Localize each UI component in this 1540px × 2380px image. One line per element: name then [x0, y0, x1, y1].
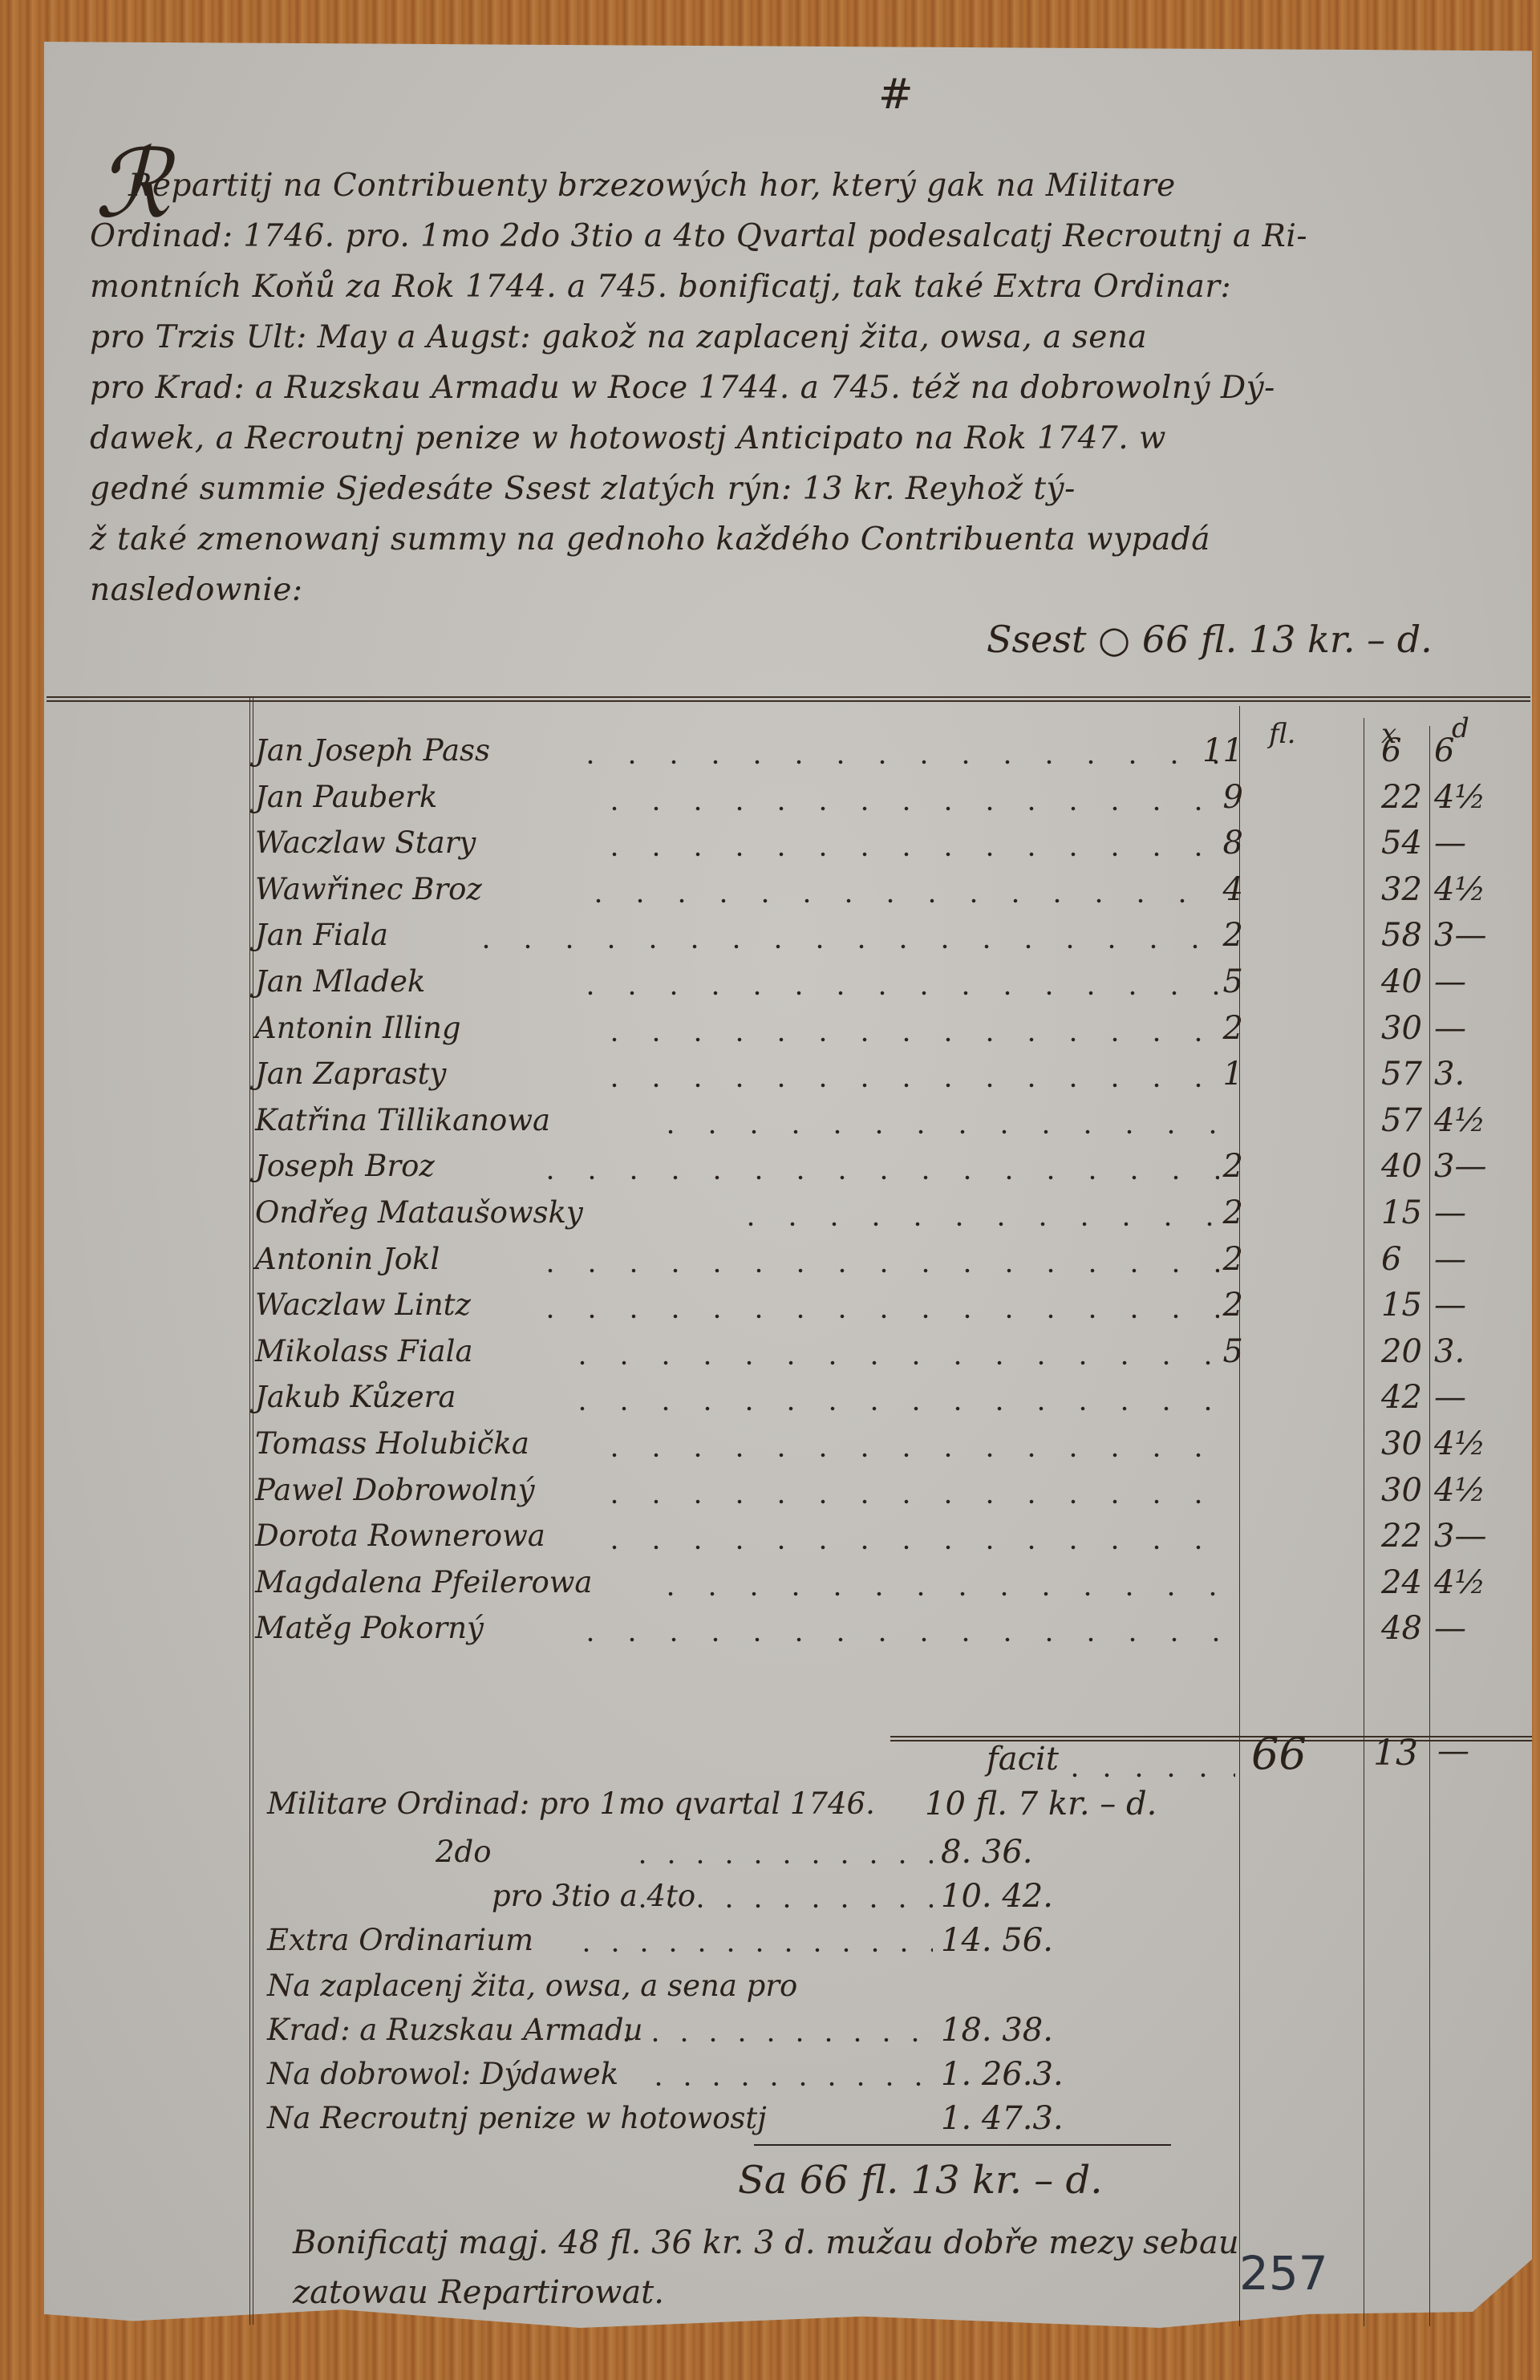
amount-den: —: [1434, 825, 1506, 862]
amount-kr: 40: [1381, 1148, 1437, 1185]
intro-line: montních Koňů za Rok 1744. a 745. bonifi…: [90, 262, 1501, 312]
amount-kr: 30: [1381, 1425, 1437, 1462]
amount-fl: 4: [1223, 871, 1243, 908]
intro-line: dawek, a Recroutnj penize w hotowostj An…: [90, 413, 1501, 464]
leader-dots: [594, 852, 1219, 857]
amount-den: 3.: [1434, 1333, 1506, 1370]
facit-label: facit: [987, 1741, 1059, 1778]
amount-kr: 40: [1381, 963, 1437, 1000]
archive-number: 257: [1239, 2246, 1328, 2301]
table-row: Jan Mladek540—: [255, 957, 1522, 1003]
amount-fl: 11: [1202, 732, 1243, 769]
amount-kr: 15: [1381, 1194, 1437, 1231]
leader-dots: [612, 2037, 933, 2042]
summary-row: pro 3tio a 4to10. 42.: [267, 1871, 1230, 1916]
amount-den: 4½: [1434, 779, 1506, 816]
table-row: Antonin Illing230—: [255, 1003, 1522, 1050]
contributor-name: Dorota Rownerowa: [255, 1518, 545, 1553]
table-row: Jan Joseph Pass1166: [255, 726, 1522, 772]
amount-den: 4½: [1434, 871, 1506, 908]
summary-value: 18. 38.: [941, 2012, 1053, 2049]
leader-dots: [730, 1222, 1219, 1226]
summary-row: Na Recroutnj penize w hotowostj1. 47.3.: [267, 2094, 1230, 2139]
amount-kr: 32: [1381, 871, 1437, 908]
contributor-name: Waczlaw Lintz: [255, 1287, 471, 1322]
amount-den: 6: [1434, 732, 1506, 769]
contributor-name: Antonin Illing: [255, 1011, 461, 1045]
amount-kr: 58: [1381, 917, 1437, 954]
table-row: Jan Zaprasty1573.: [255, 1049, 1522, 1096]
leader-dots: [529, 1314, 1219, 1319]
amount-kr: 24: [1381, 1564, 1437, 1601]
amount-kr: 20: [1381, 1333, 1437, 1370]
contributor-name: Antonin Jokl: [255, 1242, 440, 1276]
leader-dots: [650, 1129, 1219, 1134]
table-row: Joseph Broz2403—: [255, 1141, 1522, 1188]
summary-row: 2do8. 36.: [267, 1827, 1230, 1872]
table-row: Matěg Pokorný48—: [255, 1604, 1522, 1650]
amount-den: —: [1434, 1287, 1506, 1324]
summary-row: Krad: a Ruzskau Armadu18. 38.: [267, 2005, 1230, 2050]
amount-den: 3.: [1434, 1056, 1506, 1093]
summary-value: 10 fl. 7 kr. – d.: [925, 1786, 1157, 1823]
page-mark: #: [878, 71, 914, 119]
summary-label: Extra Ordinarium: [267, 1923, 533, 1957]
table-row: Mikolass Fiala5203.: [255, 1327, 1522, 1373]
amount-den: 4½: [1434, 1472, 1506, 1509]
contributor-name: Wawřinec Broz: [255, 872, 482, 906]
contributor-name: Joseph Broz: [255, 1149, 435, 1183]
contributor-name: Waczlaw Stary: [255, 825, 476, 860]
amount-den: 4½: [1434, 1102, 1506, 1139]
contributor-name: Jan Zaprasty: [255, 1056, 446, 1091]
leader-dots: [594, 1545, 1219, 1550]
amount-fl: 2: [1223, 1287, 1243, 1324]
leader-dots: [628, 1859, 933, 1864]
amount-den: 3—: [1434, 1148, 1506, 1185]
intro-paragraph: Repartitj na Contribuenty brzezowých hor…: [90, 160, 1501, 615]
table-row: Katřina Tillikanowa574½: [255, 1096, 1522, 1142]
amount-fl: 9: [1223, 779, 1243, 816]
amount-kr: 6: [1381, 1241, 1437, 1278]
contributor-name: Jakub Kůzera: [255, 1380, 456, 1414]
leader-dots: [569, 991, 1219, 995]
table-row: Jan Fiala2583—: [255, 910, 1522, 957]
amount-kr: 57: [1381, 1056, 1437, 1093]
leader-dots: [569, 760, 1219, 764]
intro-line: pro Trzis Ult: May a Augst: gakož na zap…: [90, 312, 1501, 363]
leader-dots: [572, 1948, 933, 1952]
amount-den: —: [1434, 1010, 1506, 1047]
summary-row: Na dobrowol: Dýdawek1. 26.3.: [267, 2050, 1230, 2094]
table-row: Antonin Jokl26—: [255, 1235, 1522, 1281]
contributor-name: Jan Mladek: [255, 964, 425, 999]
table-row: Wawřinec Broz4324½: [255, 865, 1522, 911]
leader-dots: [529, 1268, 1219, 1273]
amount-kr: 48: [1381, 1610, 1437, 1647]
amount-kr: 54: [1381, 825, 1437, 862]
leader-dots: [594, 1453, 1219, 1458]
amount-den: —: [1434, 1379, 1506, 1416]
leader-dots: [594, 806, 1219, 811]
bonification-note: Bonificatj magj. 48 fl. 36 kr. 3 d. muža…: [293, 2218, 1239, 2317]
facit-kr-value: 13: [1373, 1733, 1418, 1774]
amount-den: 3—: [1434, 917, 1506, 954]
leader-dots: [465, 944, 1219, 949]
amount-fl: 1: [1223, 1056, 1243, 1093]
intro-line: gedné summie Sjedesáte Ssest zlatých rýn…: [90, 464, 1501, 514]
summary-row: Militare Ordinad: pro 1mo qvartal 1746.1…: [267, 1779, 1230, 1824]
facit-leader-dots: [1059, 1773, 1235, 1778]
contributor-name: Mikolass Fiala: [255, 1334, 473, 1368]
amount-kr: 57: [1381, 1102, 1437, 1139]
summary-row: Na zaplacenj žita, owsa, a sena pro: [267, 1961, 1230, 2006]
leader-dots: [594, 1499, 1219, 1504]
leader-dots: [561, 1406, 1219, 1411]
leader-dots: [594, 1037, 1219, 1042]
summary-label: Militare Ordinad: pro 1mo qvartal 1746.: [267, 1786, 875, 1821]
leader-dots: [577, 898, 1219, 903]
amount-fl: 8: [1223, 825, 1243, 862]
amount-kr: 30: [1381, 1472, 1437, 1509]
amount-den: —: [1434, 1610, 1506, 1647]
table-row: Waczlaw Stary854—: [255, 818, 1522, 865]
contributor-name: Matěg Pokorný: [255, 1611, 484, 1645]
summary-value: 1. 26.3.: [941, 2056, 1064, 2093]
contributor-name: Jan Fiala: [255, 918, 388, 952]
amount-kr: 15: [1381, 1287, 1437, 1324]
amount-den: 4½: [1434, 1425, 1506, 1462]
table-row: Magdalena Pfeilerowa244½: [255, 1558, 1522, 1604]
intro-line: nasledownie:: [90, 565, 1501, 615]
summary-value: 10. 42.: [941, 1878, 1053, 1915]
facit-den-value: —: [1437, 1733, 1469, 1770]
note-line: Bonificatj magj. 48 fl. 36 kr. 3 d. muža…: [293, 2218, 1239, 2268]
grand-total-rule: [754, 2144, 1171, 2146]
summary-label: Na zaplacenj žita, owsa, a sena pro: [267, 1968, 797, 2003]
amount-kr: 6: [1381, 732, 1437, 769]
amount-fl: 2: [1223, 1194, 1243, 1231]
leader-dots: [628, 1904, 933, 1908]
contributor-name: Pawel Dobrowolný: [255, 1473, 535, 1507]
table-header-rule: [47, 696, 1530, 702]
amount-kr: 30: [1381, 1010, 1437, 1047]
table-row: Waczlaw Lintz215—: [255, 1280, 1522, 1327]
amount-kr: 42: [1381, 1379, 1437, 1416]
leader-dots: [529, 1175, 1219, 1180]
leader-dots: [650, 1591, 1219, 1596]
table-row: Dorota Rownerowa223—: [255, 1511, 1522, 1558]
contributor-name: Ondřeg Mataušowsky: [255, 1195, 583, 1230]
leader-dots: [569, 1637, 1219, 1642]
contributor-name: Jan Pauberk: [255, 780, 437, 814]
intro-total: Ssest ○ 66 fl. 13 kr. – d.: [987, 618, 1433, 661]
amount-den: 3—: [1434, 1518, 1506, 1555]
summary-value: 1. 47.3.: [941, 2100, 1064, 2137]
contributor-name: Magdalena Pfeilerowa: [255, 1565, 593, 1600]
amount-fl: 5: [1223, 963, 1243, 1000]
table-row: Jakub Kůzera42—: [255, 1372, 1522, 1419]
intro-line: pro Krad: a Ruzskau Armadu w Roce 1744. …: [90, 363, 1501, 413]
table-row: Jan Pauberk9224½: [255, 772, 1522, 819]
intro-line: Repartitj na Contribuenty brzezowých hor…: [90, 160, 1501, 211]
amount-den: —: [1434, 1241, 1506, 1278]
amount-den: —: [1434, 1194, 1506, 1231]
amount-fl: 2: [1223, 917, 1243, 954]
summary-label: 2do: [436, 1835, 492, 1869]
contributor-name: Jan Joseph Pass: [255, 733, 490, 768]
leader-dots: [594, 1083, 1219, 1088]
grand-total: Sa 66 fl. 13 kr. – d.: [738, 2158, 1102, 2203]
leader-dots: [644, 2082, 933, 2086]
table-row: Pawel Dobrowolný304½: [255, 1466, 1522, 1512]
note-line: zatowau Repartirowat.: [293, 2268, 1239, 2317]
summary-label: Krad: a Ruzskau Armadu: [267, 2013, 642, 2047]
table-row: Tomass Holubička304½: [255, 1419, 1522, 1466]
leader-dots: [561, 1360, 1219, 1365]
amount-fl: 2: [1223, 1010, 1243, 1047]
facit-fl-value: 66: [1251, 1729, 1307, 1779]
amount-den: —: [1434, 963, 1506, 1000]
table-left-margin-rule: [249, 696, 253, 2325]
summary-value: 14. 56.: [941, 1922, 1053, 1959]
amount-fl: 2: [1223, 1148, 1243, 1185]
intro-line: Ordinad: 1746. pro. 1mo 2do 3tio a 4to Q…: [90, 211, 1501, 262]
table-row: Ondřeg Mataušowsky215—: [255, 1188, 1522, 1235]
amount-kr: 22: [1381, 779, 1437, 816]
summary-row: Extra Ordinarium14. 56.: [267, 1916, 1230, 1960]
intro-line: ž také zmenowanj summy na gednoho každéh…: [90, 514, 1501, 565]
summary-value: 8. 36.: [941, 1834, 1033, 1871]
contributor-name: Katřina Tillikanowa: [255, 1103, 550, 1137]
amount-fl: 5: [1223, 1333, 1243, 1370]
amount-kr: 22: [1381, 1518, 1437, 1555]
amount-fl: 2: [1223, 1241, 1243, 1278]
contributor-name: Tomass Holubička: [255, 1426, 529, 1461]
summary-label: Na Recroutnj penize w hotowostj: [267, 2101, 767, 2135]
amount-den: 4½: [1434, 1564, 1506, 1601]
summary-label: Na dobrowol: Dýdawek: [267, 2057, 618, 2091]
